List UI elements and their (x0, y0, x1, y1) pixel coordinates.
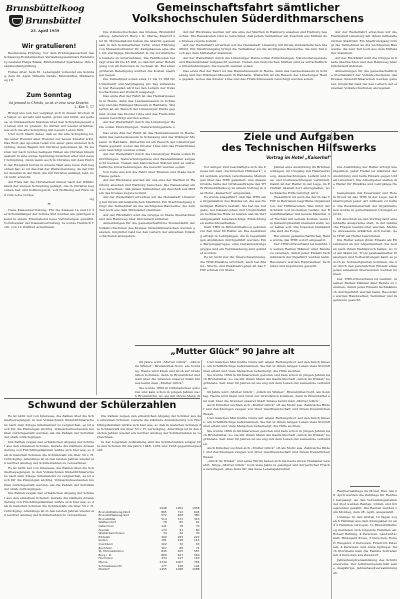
paragraph: Anmeldungen für die gemeinschaftliche St… (331, 69, 397, 90)
article-mutter-glueck-col1: 90 Jahre wird „Mutter Glück“, „Glück im … (135, 360, 200, 398)
section-divider (135, 345, 330, 346)
paragraph: Die Helfer sehen ihren Einsatz als Ehren… (333, 238, 397, 277)
paragraph: Wesentlich ist auch die durch das THW in… (270, 195, 330, 234)
bible-reference: 2. Kor. 5, 17 (4, 105, 94, 109)
paragraph: Vor einiger Zeit beschäftigte sich die P… (200, 165, 266, 195)
paragraph: Hohes Alter. Sein 81. Lebensjahr vollend… (4, 70, 94, 83)
paragraph: Auf der Weiterfahrt durch die Lüneburger… (179, 56, 327, 69)
masthead-line1: Brunsbüttelkoog (4, 4, 86, 14)
paragraph: Es wurde ausgeführt, daß das THW eine Or… (200, 195, 266, 225)
issue-date: 25. April 1959 (4, 29, 86, 33)
article-sonntag: Zum Sonntag Ist jemand in Christo, so is… (4, 92, 94, 229)
column-divider (201, 360, 202, 599)
table-cell-count: 1098 (168, 568, 184, 572)
headline-line2: Volkshochschulen Süderdithmarschens (98, 14, 398, 25)
paragraph: Das erste Ziel der Fahrt ist das Heimatm… (99, 131, 195, 152)
subheadline-thw: Vortrag im Hotel „Kaiserhof“ (200, 155, 398, 160)
paragraph: Von Celle aus soll die Fahrt über Bremen… (99, 170, 195, 179)
article-thw-col3: Die Ausbildung der Helfer erfolgt unentg… (333, 165, 397, 483)
paragraph: Der THW-Ortsverband ist bemüht, in seine… (270, 242, 330, 268)
article-gratulieren: Wir gratulieren! Bestandene Prüfung. Vor… (4, 43, 94, 83)
paragraph: Sie wurde 1869 in Dithmarschen geboren u… (203, 429, 330, 446)
paragraph: 90 Jahre wird „Mutter Glück“, „Glück im … (135, 360, 200, 386)
table-row: Meldorf145510981088 (97, 568, 201, 572)
article-volkshochschulen-headline: Gemeinschaftsfahrt sämtlicher Volkshochs… (98, 3, 398, 25)
paragraph: Auf der Weiterfahrt erreichen wir die He… (179, 43, 327, 56)
paragraph: Rentnerzahltage im Monat Mai. Am 28. Apr… (333, 489, 397, 515)
paragraph: Die Zahlen zeigen den erheblichen Abgang… (4, 440, 94, 466)
paragraph: Bei einem gemeinschaftlichen Heide wurde… (270, 234, 330, 243)
paragraph: Auf der Weiterfahrt erreichen wir die He… (99, 195, 195, 212)
paragraph: Gemeinsam mit Feuerwehr und Rotem Kreuz … (333, 191, 397, 217)
paragraph: Das erste Ziel der Fahrt ist das Heimatm… (179, 69, 327, 82)
paragraph: Am Ende hat die Christenheit immer nach … (4, 180, 94, 197)
paragraph: Im Anschluß an den Vortrag fand eine leb… (333, 217, 397, 238)
paragraph: In der folgenden Aufstellung sind die Sc… (97, 440, 201, 453)
masthead-line2: Brunsbüttel (25, 17, 81, 27)
article-mutter-glueck-col2: Und manches Mal mußte Grete mit einem Re… (203, 360, 330, 598)
paragraph: Neue Klassenvertretung. Für die Klassen … (4, 208, 94, 229)
newspaper-page: Brunsbüttelkoog Brunsbüttel 25. April 19… (0, 0, 400, 599)
headline-mutter-glueck: „Mutter Glück“ 90 Jahre alt (135, 347, 330, 357)
local-notes: Rentnerzahltage im Monat Mai. Am 28. Apr… (333, 489, 397, 598)
paragraph: Auf der Rückfahrt wird die Gruppe in Sta… (99, 213, 195, 222)
headline-sonntag: Zum Sonntag (4, 92, 94, 99)
paragraph: Der THW-Ortsverband ist bemüht, in seine… (333, 277, 397, 303)
article-volkshochschulen-col1b: Das erste Ziel der Fahrt ist das Heimatm… (99, 131, 195, 341)
masthead-line2-wrap: Brunsbüttel (4, 15, 86, 27)
paragraph: Auf der Rückreise werden wir uns eine de… (99, 178, 195, 195)
paragraph: Bringt uns nun her vergängt sich in dies… (4, 111, 94, 132)
table-cell-count: 1088 (185, 568, 201, 572)
paragraph: Es ist nicht nur von Interesse, die Zahl… (4, 466, 94, 492)
paragraph: Anmeldungen für die gemeinschaftliche St… (99, 221, 195, 238)
article-volkshochschulen-col3: Auf der Weiterfahrt erreichen wir die He… (331, 30, 397, 128)
table-cell-place: Meldorf (97, 568, 152, 572)
section-divider (350, 486, 380, 487)
table-body: Brunsbüttelkoog-Nord865712694Brunsbüttel… (97, 511, 201, 572)
schuelerzahlen-table: 1948 1952 1958 Brunsbüttelkoog-Nord86571… (97, 507, 201, 572)
article-volkshochschulen-col2: Auf der Rückreise werden wir uns eine de… (179, 30, 327, 128)
paragraph: Dem THW in Brunsbüttelkoog gehören zur Z… (200, 225, 266, 255)
paragraph: Auf der Rückreise werden wir uns eine de… (179, 30, 327, 43)
paragraph: Und manches Mal mußte Grete mit einem Re… (203, 360, 330, 373)
paragraph: Sie wurde 1869 in Dithmarschen geboren u… (135, 386, 200, 398)
headline-schwund: Schwund der Schülerzahlen (4, 400, 200, 411)
paragraph: Die Ausbildung der Helfer erfolgt unentg… (333, 165, 397, 191)
article-volkshochschulen-col1: Die Volkshochschulen des Kreises, Brunsb… (99, 30, 175, 130)
paragraph: „Glück im Winkel“ und seine Wirtin haben… (203, 459, 330, 472)
paragraph: Auf der Weiterfahrt durch die Lüneburger… (99, 152, 195, 169)
column-divider (96, 40, 97, 395)
separator-mark: ≡ (4, 201, 94, 206)
paragraph: Und doch bleibt dabei, daß es die alte S… (4, 132, 94, 179)
headline-gratulieren: Wir gratulieren! (4, 43, 94, 50)
article-schwund-col1: Es ist nicht nur von Interesse, die Zahl… (4, 414, 94, 598)
paragraph: Und manches Mal mußte Grete mit einem Re… (203, 416, 330, 429)
coat-of-arms-icon (9, 15, 23, 27)
paragraph: Die Teilnehmer sollen etwa 11 bis 12 DM … (99, 77, 175, 94)
section-divider (4, 398, 200, 399)
paragraph: Das erste Ziel der Fahrt ist das Heimatm… (99, 94, 175, 120)
paragraph: Es ist nicht nur die Überschwemmung, die… (200, 255, 266, 272)
paragraph: Jahreshauptversammlung des Schützenverei… (333, 558, 397, 575)
paragraph: Die Zahlen zeigen den erheblichen Abgang… (4, 491, 94, 517)
column-divider (331, 130, 332, 599)
article-thw-headline: Ziele und Aufgaben des Technischen Hilfs… (200, 133, 398, 160)
article-thw-col1: Vor einiger Zeit beschäftigte sich die P… (200, 165, 266, 343)
table-cell-count: 1455 (152, 568, 168, 572)
paragraph: 90 Jahre wird „Mutter Glück“, „Glück im … (203, 390, 330, 403)
paragraph: Die Zahlen zeigen den erheblichen Abgang… (97, 414, 201, 440)
paragraph: Auf der Weiterfahrt durch die Lüneburger… (99, 120, 175, 130)
paragraph: Sie wurde 1869 in Dithmarschen geboren u… (203, 373, 330, 390)
paragraph: Auf der Weiterfahrt erreichen wir die He… (331, 30, 397, 56)
paragraph: Auch Künstler suchten sich „Mutter Glück… (203, 446, 330, 459)
paragraph: Auf der Rückfahrt wird die Gruppe in Sta… (331, 56, 397, 69)
headline-thw-line2: des Technischen Hilfswerks (200, 144, 398, 155)
paragraph: Umzüge. In den letzten 10 Tagen zogen 6 … (333, 515, 397, 558)
headline-thw-line1: Ziele und Aufgaben (200, 133, 398, 144)
paragraph: Bestandene Prüfung. Vor dem Prüfungsauss… (4, 51, 94, 68)
masthead: Brunsbüttelkoog Brunsbüttel 25. April 19… (4, 4, 86, 33)
article-schwund-col2: Die Zahlen zeigen den erheblichen Abgang… (97, 414, 201, 572)
article-thw-col2: Jahren eine Ausbildung im Brückenschlage… (270, 165, 330, 343)
paragraph: Es ist nicht nur von Interesse, die Zahl… (4, 414, 94, 440)
paragraph: Jahren eine Ausbildung im Brückenschlage… (270, 165, 330, 195)
paragraph: Die Volkshochschulen des Kreises, Brunsb… (99, 30, 175, 77)
paragraph: Auch Künstler suchten sich „Mutter Glück… (203, 403, 330, 416)
